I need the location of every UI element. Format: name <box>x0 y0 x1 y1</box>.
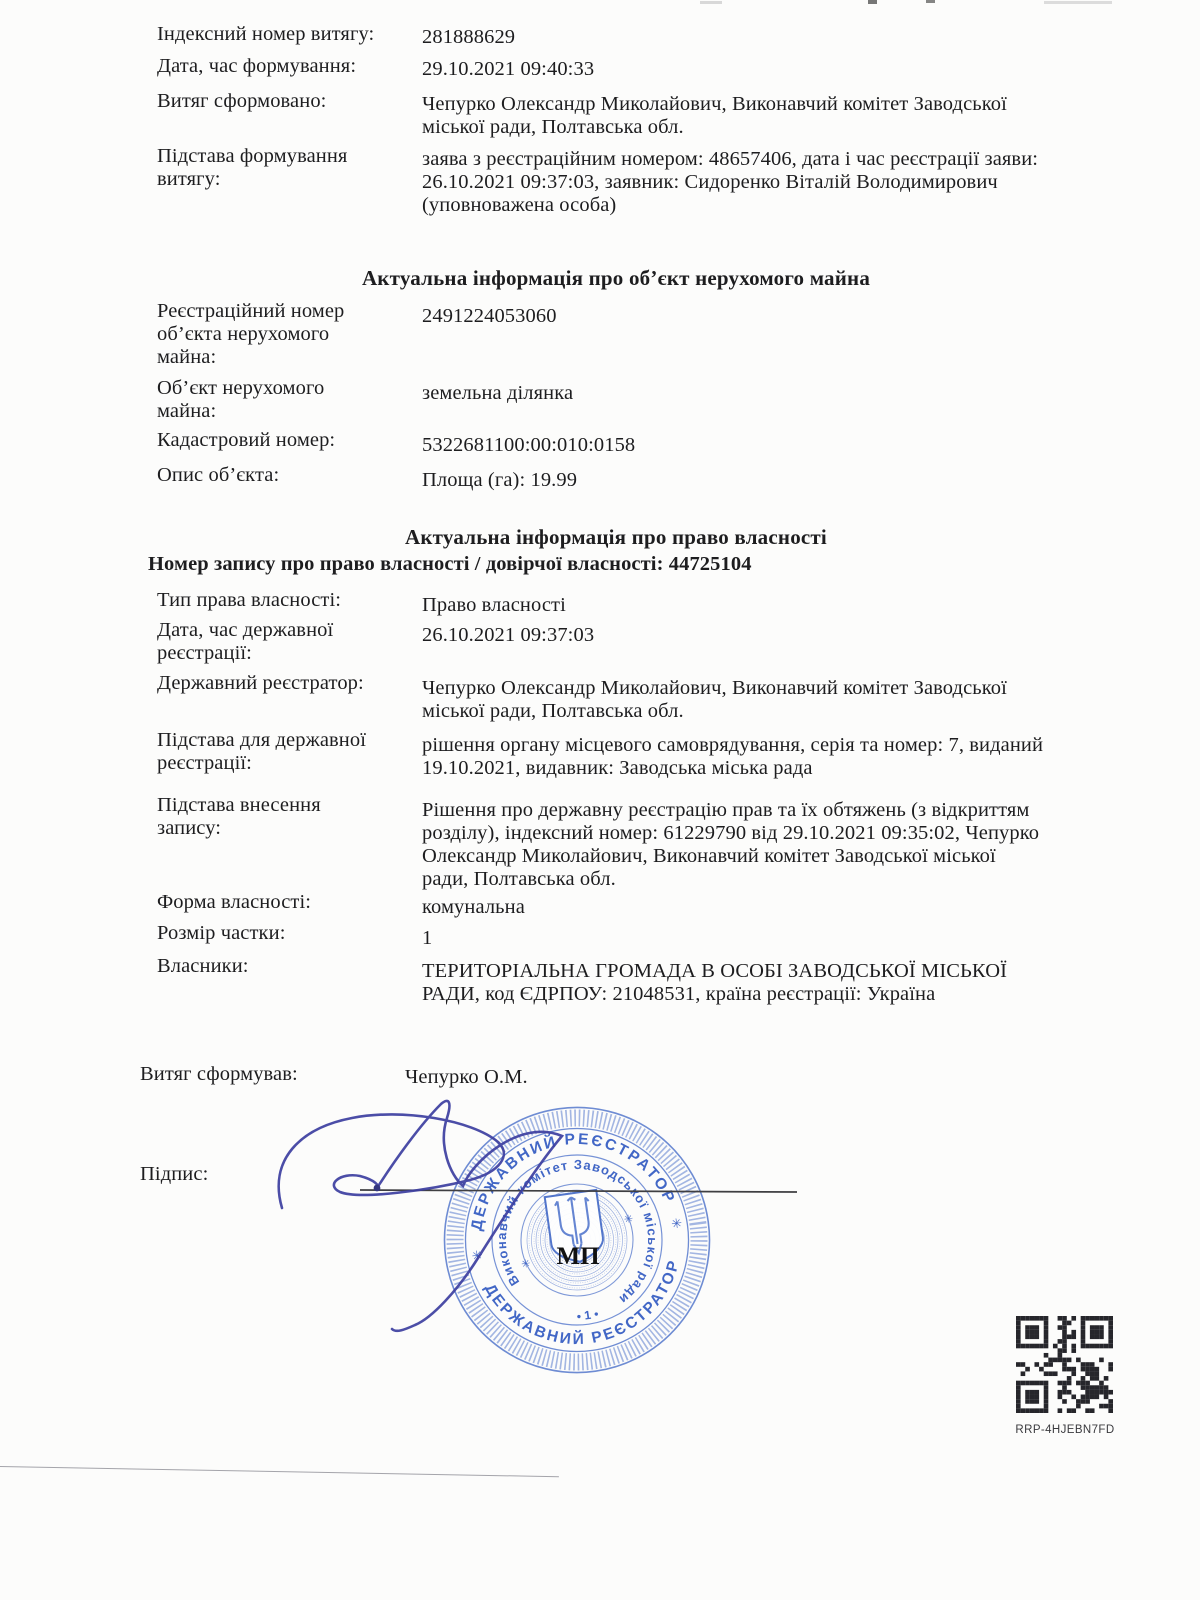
field-value: Чепурко Олександр Миколайович, Виконавчи… <box>422 93 1102 139</box>
ownership-record-number-line: Номер запису про право власності / довір… <box>148 553 1148 576</box>
section-heading-object: Актуальна інформація про об’єкт нерухомо… <box>16 266 1200 291</box>
field-value: заява з реєстраційним номером: 48657406,… <box>422 148 1102 217</box>
field-value: рішення органу місцевого самоврядування,… <box>422 734 1102 780</box>
field-value: Право власності <box>422 594 1102 617</box>
field-value: 281888629 <box>422 26 1102 49</box>
field-value: ТЕРИТОРІАЛЬНА ГРОМАДА В ОСОБІ ЗАВОДСЬКОЇ… <box>422 960 1102 1006</box>
field-value: 2491224053060 <box>422 305 1102 328</box>
field-label: Розмір частки: <box>157 922 422 945</box>
field-value: 29.10.2021 09:40:33 <box>422 58 1102 81</box>
field-label: Державний реєстратор: <box>157 672 422 695</box>
section-heading-ownership: Актуальна інформація про право власності <box>16 525 1200 550</box>
field-label: Реєстраційний номер об’єкта нерухомого м… <box>157 300 422 369</box>
field-label: Дата, час державної реєстрації: <box>157 619 422 665</box>
field-value: Рішення про державну реєстрацію прав та … <box>422 799 1102 891</box>
field-label: Витяг сформовано: <box>157 90 422 113</box>
field-value: Чепурко Олександр Миколайович, Виконавчи… <box>422 677 1102 723</box>
field-label: Власники: <box>157 955 422 978</box>
document-page: Індексний номер витягу:281888629Дата, ча… <box>0 0 1200 1600</box>
field-value: 26.10.2021 09:37:03 <box>422 624 1102 647</box>
field-label: Опис об’єкта: <box>157 464 422 487</box>
field-label: Підстава внесення запису: <box>157 794 422 840</box>
qr-code-label: RRP-4HJEBN7FD <box>1008 1424 1122 1436</box>
field-value: земельна ділянка <box>422 382 1102 405</box>
field-value: 5322681100:00:010:0158 <box>422 434 1102 457</box>
scan-artifact-bottom-line <box>0 1466 559 1477</box>
field-label: Форма власності: <box>157 891 422 914</box>
qr-code <box>1016 1316 1113 1413</box>
field-label: Тип права власності: <box>157 589 422 612</box>
field-label: Кадастровий номер: <box>157 429 422 452</box>
field-label: Дата, час формування: <box>157 55 422 78</box>
field-label: Підстава для державної реєстрації: <box>157 729 422 775</box>
signature <box>250 1080 810 1350</box>
field-label: Об’єкт нерухомого майна: <box>157 377 422 423</box>
field-value: Площа (га): 19.99 <box>422 469 1102 492</box>
field-value: комунальна <box>422 896 1102 919</box>
field-label: Підстава формування витягу: <box>157 145 422 191</box>
field-value: 1 <box>422 927 1102 950</box>
field-label: Індексний номер витягу: <box>157 23 422 46</box>
